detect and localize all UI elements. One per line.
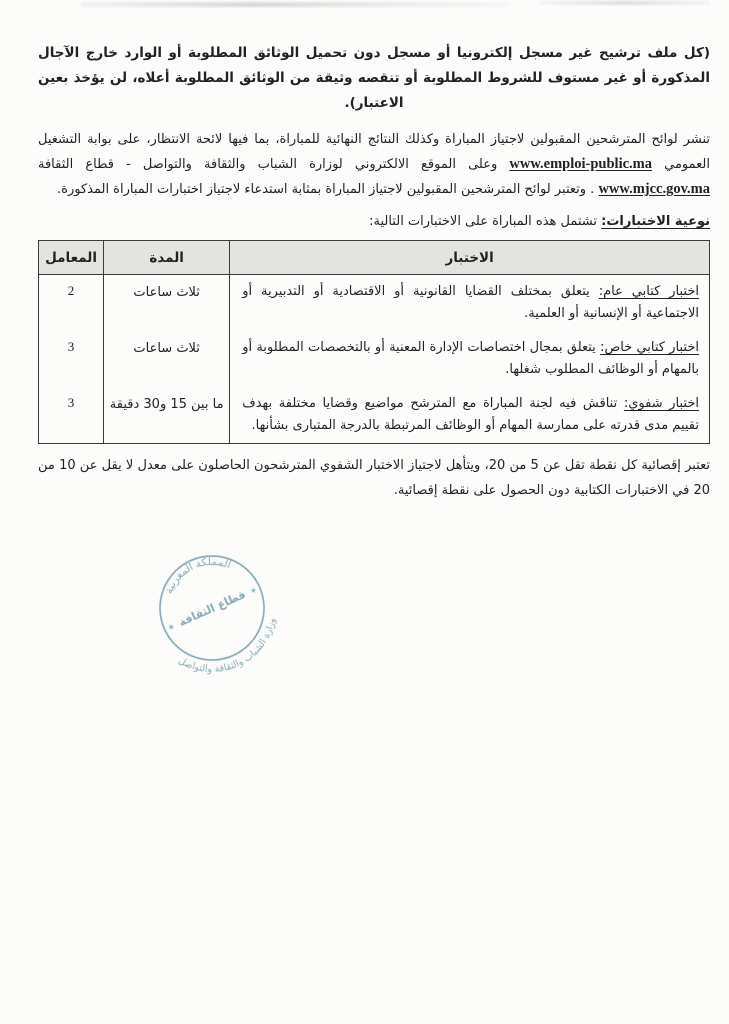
- stamp-ministry-text: وزارة الشباب والثقافة والتواصل: [174, 613, 291, 691]
- table-row-general-written-exam: اختبار كتابي عام: يتعلق بمختلف القضايا ا…: [39, 275, 710, 332]
- exams-table: الاختبار المدة المعامل اختبار كتابي عام:…: [38, 240, 710, 444]
- table-header-row: الاختبار المدة المعامل: [39, 241, 710, 275]
- table-row-special-written-exam: اختبار كتابي خاص: يتعلق بمجال اختصاصات ا…: [39, 331, 710, 387]
- header-coefficient: المعامل: [39, 241, 104, 275]
- exam-cell: اختبار كتابي عام: يتعلق بمختلف القضايا ا…: [230, 275, 710, 332]
- scan-noise-artifact: [80, 2, 510, 7]
- exam-title: اختبار كتابي خاص:: [600, 340, 699, 355]
- stamp-sector-text: قطاع الثقافة: [177, 588, 248, 629]
- duration-cell: ما بين 15 و30 دقيقة: [104, 387, 230, 444]
- mjcc-url: www.mjcc.gov.ma: [598, 181, 710, 197]
- stamp-star-right-icon: ✶: [248, 585, 259, 597]
- exam-cell: اختبار كتابي خاص: يتعلق بمجال اختصاصات ا…: [230, 331, 710, 387]
- stamp-star-left-icon: ✶: [166, 622, 177, 634]
- header-exam: الاختبار: [230, 241, 710, 275]
- coefficient-cell: 3: [39, 387, 104, 444]
- results-publication-paragraph: تنشر لوائح المترشحين المقبولين لاجتياز ا…: [38, 127, 710, 202]
- scan-noise-artifact: [540, 1, 710, 5]
- publication-text-3: . وتعتبر لوائح المترشحين المقبولين لاجتي…: [57, 182, 598, 197]
- header-duration: المدة: [104, 241, 230, 275]
- duration-cell: ثلاث ساعات: [104, 331, 230, 387]
- table-row-oral-exam: اختبار شفوي: تناقش فيه لجنة المباراة مع …: [39, 387, 710, 444]
- coefficient-cell: 2: [39, 275, 104, 332]
- exam-title: اختبار كتابي عام:: [599, 284, 699, 299]
- document-content: (كل ملف ترشيح غير مسجل إلكترونيا أو مسجل…: [0, 0, 729, 503]
- exam-title: اختبار شفوي:: [624, 396, 699, 411]
- stamp-kingdom-text: المملكة المغربية: [156, 545, 236, 599]
- publication-text-2: وعلى الموقع الالكتروني لوزارة الشباب وال…: [38, 157, 509, 172]
- coefficient-cell: 3: [39, 331, 104, 387]
- exam-types-label: نوعية الاختبارات:: [601, 214, 710, 229]
- exam-types-text: تشتمل هذه المباراة على الاختبارات التالي…: [369, 214, 601, 229]
- exam-cell: اختبار شفوي: تناقش فيه لجنة المباراة مع …: [230, 387, 710, 444]
- rejection-warning-paragraph: (كل ملف ترشيح غير مسجل إلكترونيا أو مسجل…: [38, 41, 710, 116]
- duration-cell: ثلاث ساعات: [104, 275, 230, 332]
- eliminatory-score-paragraph: تعتبر إقصائية كل نقطة تقل عن 5 من 20، وي…: [38, 453, 710, 503]
- ministry-round-stamp: المملكة المغربية وزارة الشباب والثقافة و…: [87, 483, 338, 734]
- emploi-public-url: www.emploi-public.ma: [509, 156, 652, 172]
- exam-types-intro: نوعية الاختبارات: تشتمل هذه المباراة على…: [38, 209, 710, 234]
- scanned-document-page: (كل ملف ترشيح غير مسجل إلكترونيا أو مسجل…: [0, 0, 729, 1024]
